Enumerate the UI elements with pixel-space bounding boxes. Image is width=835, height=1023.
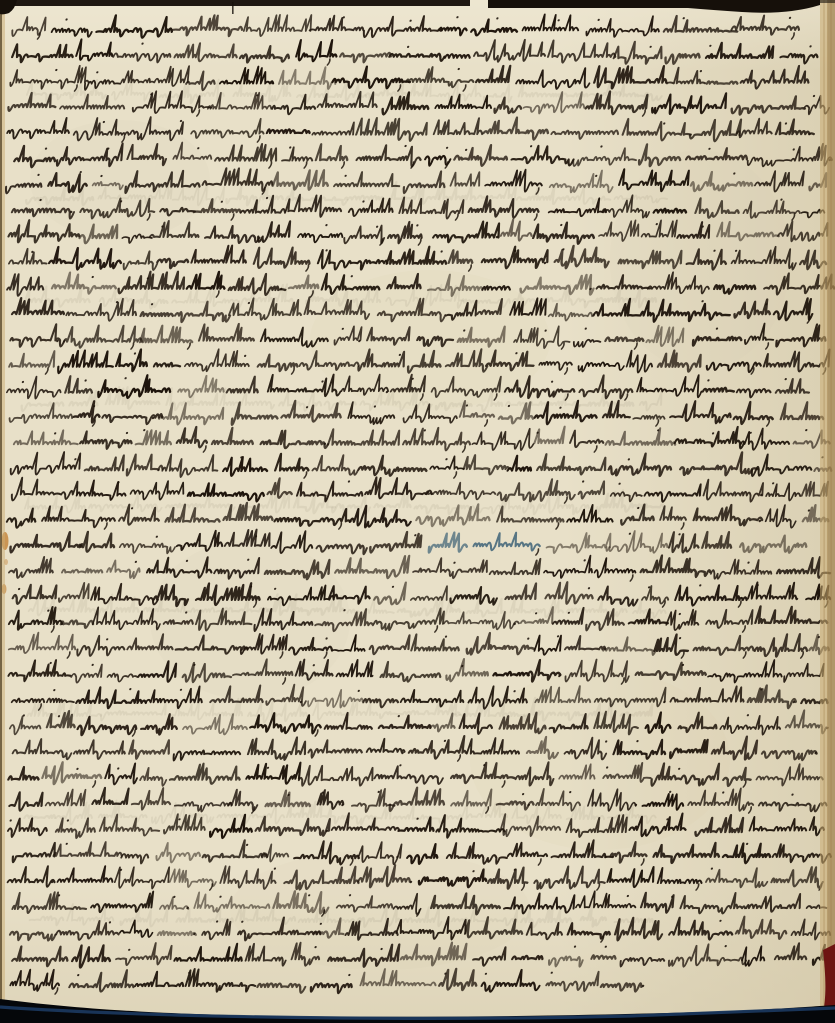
handwriting-svg [0,0,835,1023]
manuscript-photo: Photographed notebook page densely fille… [0,0,835,1023]
paper-background [0,0,835,1023]
